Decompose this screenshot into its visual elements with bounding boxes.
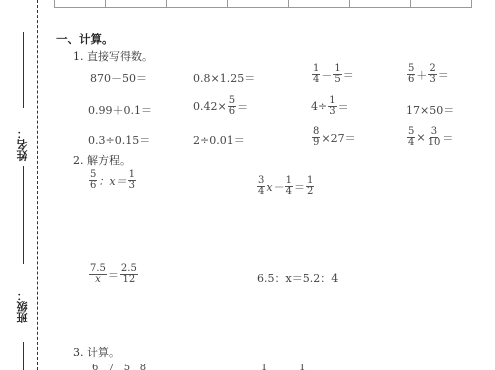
q1-item-12: 54 × 310 ＝ (406, 127, 453, 148)
score-cell (167, 0, 228, 8)
equation-4: 6.5：x＝5.2：4 (257, 270, 338, 286)
q3-partial-right: 1 1 (261, 364, 306, 370)
q1-item-3: 14 － 15 ＝ (311, 64, 354, 85)
score-cell (411, 0, 472, 8)
equation-3: 7.5x ＝ 2.512 (88, 264, 139, 285)
class-label: 班级： (15, 290, 31, 323)
q1-item-1: 870－50＝ (90, 70, 147, 86)
q3-label: 3. 计算。 (73, 344, 120, 360)
equation-2: 34 x－ 14 ＝ 12 (256, 176, 315, 197)
section-title: 一、计算。 (56, 31, 114, 47)
name-label: 姓名： (15, 128, 31, 161)
q2-label: 2. 解方程。 (73, 152, 131, 168)
q3-partial-left: 6 7 5 8 (92, 364, 146, 370)
score-cell (106, 0, 167, 8)
name-class-underline (23, 166, 24, 264)
q1-item-4: 56 ＋ 23 ＝ (406, 64, 449, 85)
q1-item-11: 89 ×27＝ (311, 127, 356, 148)
q1-item-8: 17×50＝ (406, 102, 454, 118)
score-cell (289, 0, 350, 8)
score-table-header-cell: 得分 (55, 0, 106, 8)
class-underline (23, 342, 24, 370)
q1-item-6: 0.42× 56 ＝ (193, 96, 248, 117)
q1-item-9: 0.3÷0.15＝ (88, 132, 150, 148)
equation-1: 56 ：x＝ 13 (88, 170, 137, 191)
q1-label: 1. 直接写得数。 (73, 48, 153, 64)
binding-dotted-line (37, 0, 38, 370)
name-underline-top (23, 32, 24, 108)
score-table: 得分 (54, 0, 472, 8)
score-cell (228, 0, 289, 8)
score-cell (350, 0, 411, 8)
q1-item-10: 2÷0.01＝ (193, 132, 245, 148)
q1-item-7: 4÷ 13 ＝ (311, 96, 349, 117)
q1-item-5: 0.99＋0.1＝ (88, 102, 152, 118)
q1-item-2: 0.8×1.25＝ (193, 70, 255, 86)
